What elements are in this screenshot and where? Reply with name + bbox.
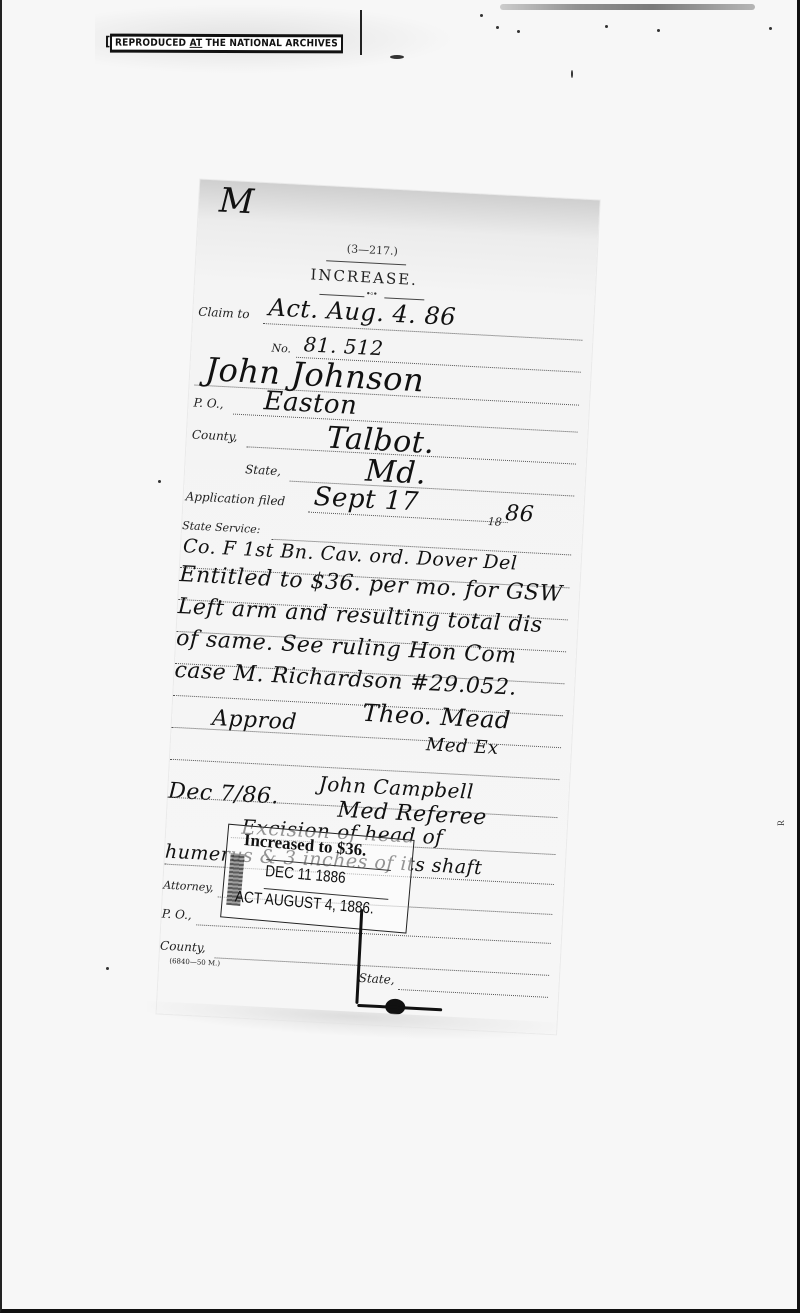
scan-speck bbox=[496, 26, 499, 29]
application-filed-label: Application filed bbox=[185, 489, 285, 508]
application-filed-date: Sept 17 bbox=[313, 482, 420, 517]
pension-increase-card: M (3—217.) INCREASE. •◦• Claim to Act. A… bbox=[157, 180, 600, 1035]
county-label: County, bbox=[192, 427, 238, 443]
scan-speck bbox=[517, 30, 520, 33]
claim-to-label: Claim to bbox=[198, 305, 250, 322]
scan-speck bbox=[769, 27, 772, 30]
archive-label-at: AT bbox=[190, 38, 203, 49]
scan-speck bbox=[480, 14, 483, 17]
stamp-date: DEC 11 1886 bbox=[264, 863, 346, 888]
dotted-line bbox=[398, 989, 548, 998]
scan-speck bbox=[158, 480, 161, 483]
archive-label-text-end: THE NATIONAL ARCHIVES bbox=[202, 38, 338, 49]
scan-speck bbox=[390, 55, 404, 59]
attorney-po-label: P. O., bbox=[161, 907, 192, 923]
examiner-signature: Theo. Mead bbox=[362, 699, 512, 735]
examiner-title: Med Ex bbox=[425, 734, 499, 759]
referee-date: Dec 7/86. bbox=[168, 779, 280, 810]
archive-label-text: REPRODUCED bbox=[115, 38, 190, 49]
scan-speck bbox=[571, 70, 573, 78]
attorney-state-label: State, bbox=[358, 971, 395, 987]
post-office-value: Easton bbox=[263, 386, 358, 421]
state-service-label: State Service: bbox=[182, 519, 261, 536]
bracket-glyph: [ bbox=[105, 35, 111, 50]
application-filed-year: 86 bbox=[505, 501, 535, 527]
form-number: (3—217.) bbox=[347, 242, 399, 258]
stamp-act: ACT AUGUST 4, 1886. bbox=[234, 889, 374, 919]
state-label: State, bbox=[245, 462, 282, 478]
scan-speck bbox=[605, 25, 608, 28]
attorney-label: Attorney, bbox=[163, 879, 214, 895]
scan-mark bbox=[360, 10, 362, 55]
scan-speck bbox=[657, 29, 660, 32]
print-code: (6840—50 M.) bbox=[169, 957, 220, 968]
increase-stamp: Increased to $36. DEC 11 1886 ACT AUGUST… bbox=[220, 824, 414, 934]
post-office-label: P. O., bbox=[193, 395, 224, 411]
rule bbox=[326, 260, 406, 265]
card-torn-edge bbox=[146, 1001, 557, 1046]
attorney-county-label: County, bbox=[160, 938, 206, 954]
corner-initial: M bbox=[218, 181, 255, 223]
year-prefix: 18 bbox=[487, 515, 502, 529]
scan-speck bbox=[106, 967, 109, 970]
card-title: INCREASE. bbox=[310, 265, 418, 289]
national-archives-label: [ REPRODUCED AT THE NATIONAL ARCHIVES bbox=[110, 34, 343, 54]
scan-smudge-top bbox=[500, 4, 755, 10]
stamp-increase-text: Increased to $36. bbox=[243, 830, 367, 861]
side-mark: R bbox=[776, 820, 786, 826]
